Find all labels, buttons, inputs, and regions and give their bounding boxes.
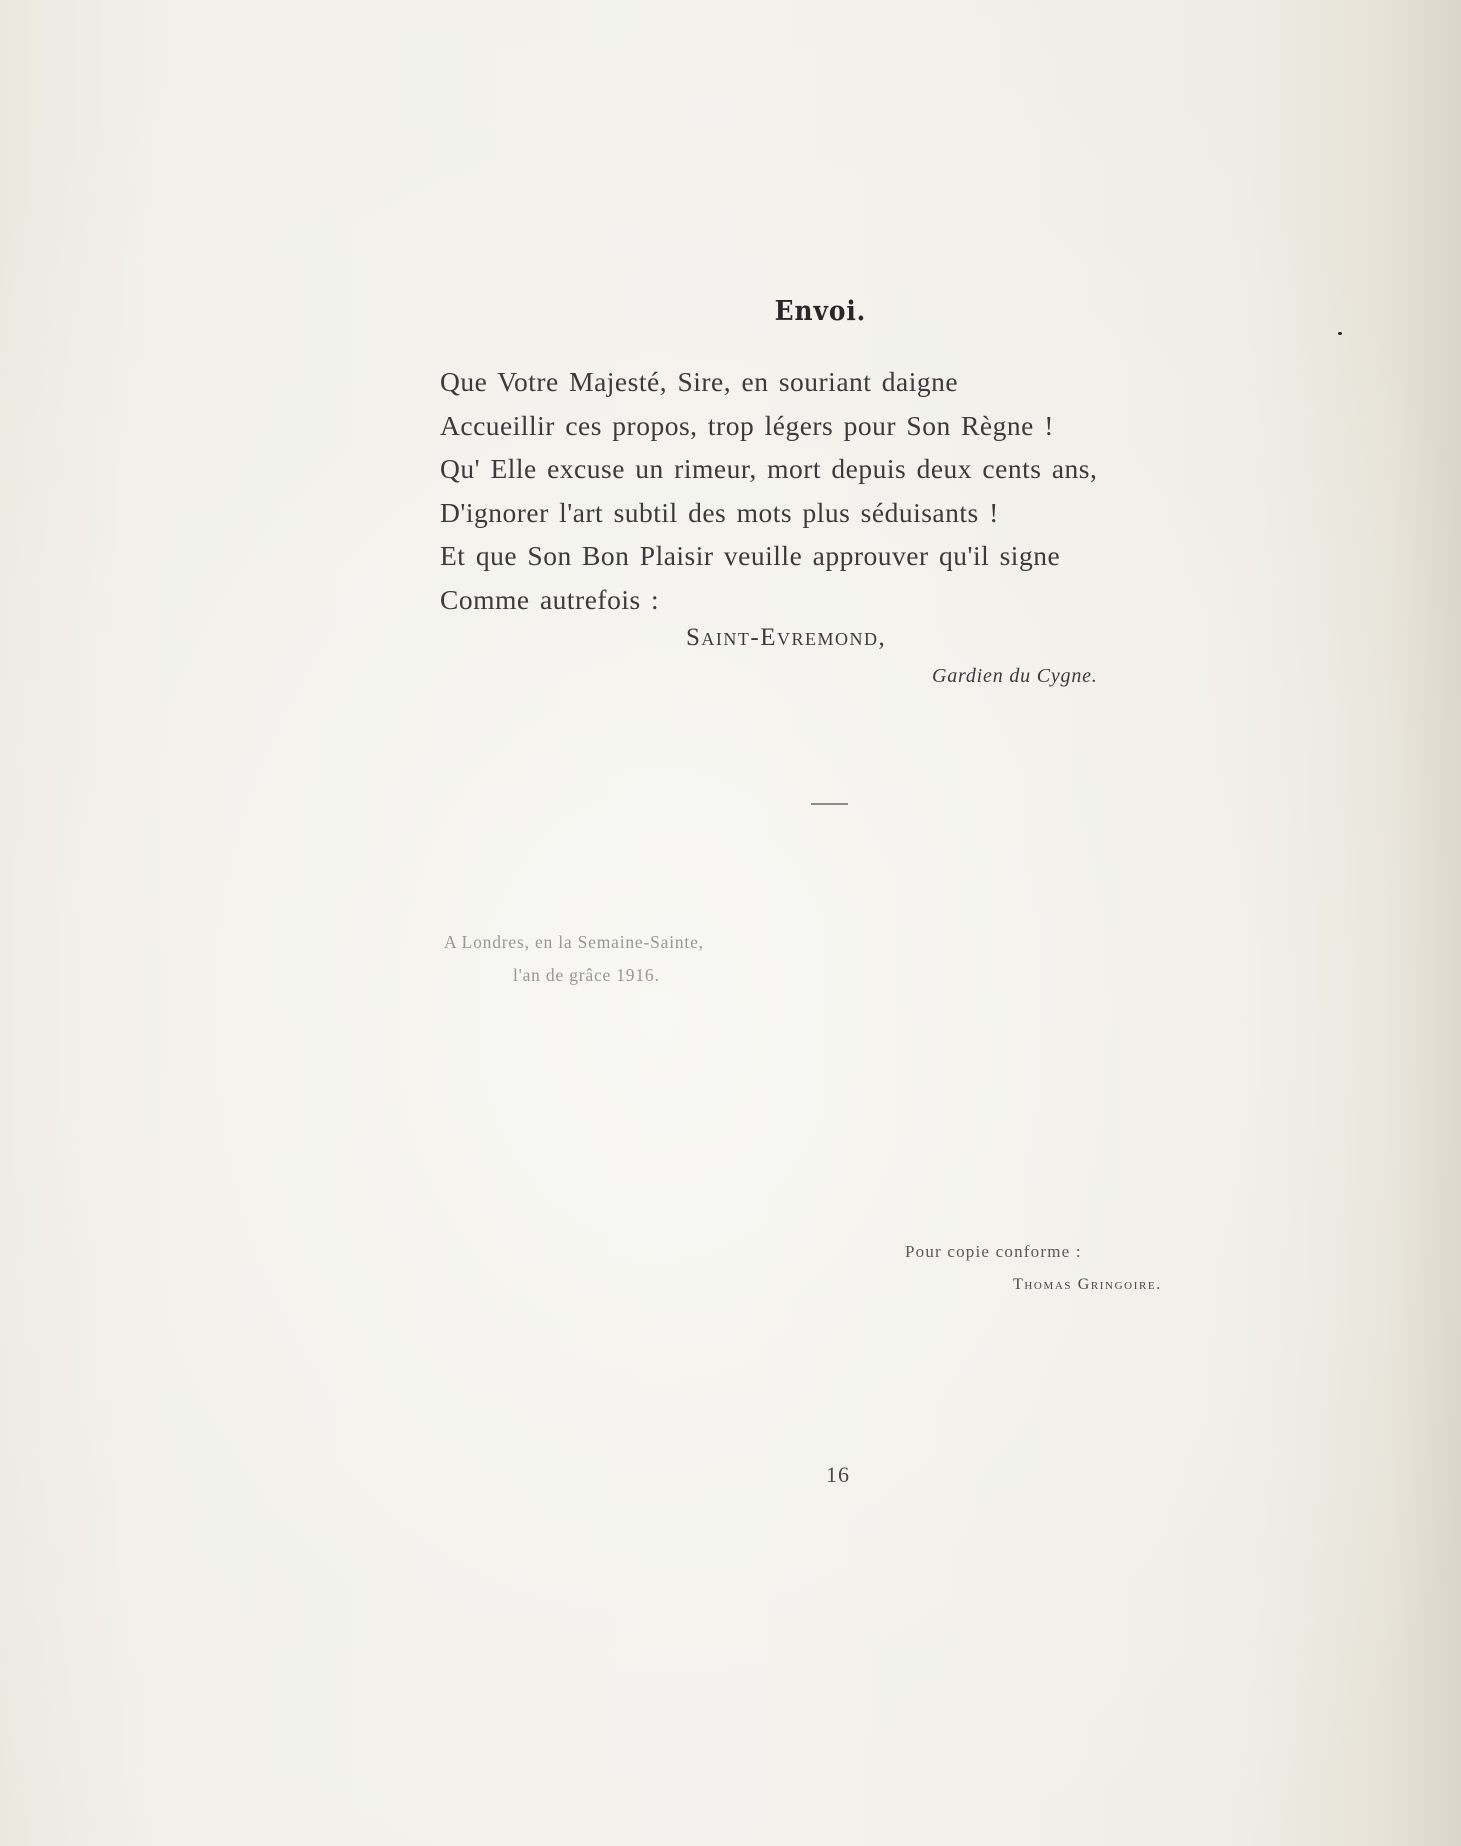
poem-line: Comme autrefois : bbox=[440, 578, 1097, 622]
signature-role: Gardien du Cygne. bbox=[932, 665, 1098, 688]
signature-name: Saint-Evremond, bbox=[686, 624, 886, 652]
dateline: A Londres, en la Semaine-Sainte, l'an de… bbox=[444, 926, 704, 992]
ink-speck bbox=[1338, 332, 1342, 335]
dateline-year: l'an de grâce 1916. bbox=[444, 959, 704, 992]
page-number: 16 bbox=[826, 1462, 850, 1488]
poem-line: D'ignorer l'art subtil des mots plus séd… bbox=[440, 491, 1097, 535]
page-title: Envoi. bbox=[66, 296, 1461, 327]
poem-stanza: Que Votre Majesté, Sire, en souriant dai… bbox=[440, 360, 1097, 621]
poem-line: Accueillir ces propos, trop légers pour … bbox=[440, 404, 1097, 448]
book-page: Envoi. Que Votre Majesté, Sire, en souri… bbox=[0, 0, 1461, 1846]
section-separator bbox=[811, 803, 848, 805]
certification-label: Pour copie conforme : bbox=[905, 1242, 1082, 1262]
poem-line: Et que Son Bon Plaisir veuille approuver… bbox=[440, 534, 1097, 578]
poem-line: Qu' Elle excuse un rimeur, mort depuis d… bbox=[440, 447, 1097, 491]
certification-name: Thomas Gringoire. bbox=[1013, 1276, 1162, 1294]
poem-line: Que Votre Majesté, Sire, en souriant dai… bbox=[440, 360, 1097, 404]
dateline-place: A Londres, en la Semaine-Sainte, bbox=[444, 926, 704, 959]
